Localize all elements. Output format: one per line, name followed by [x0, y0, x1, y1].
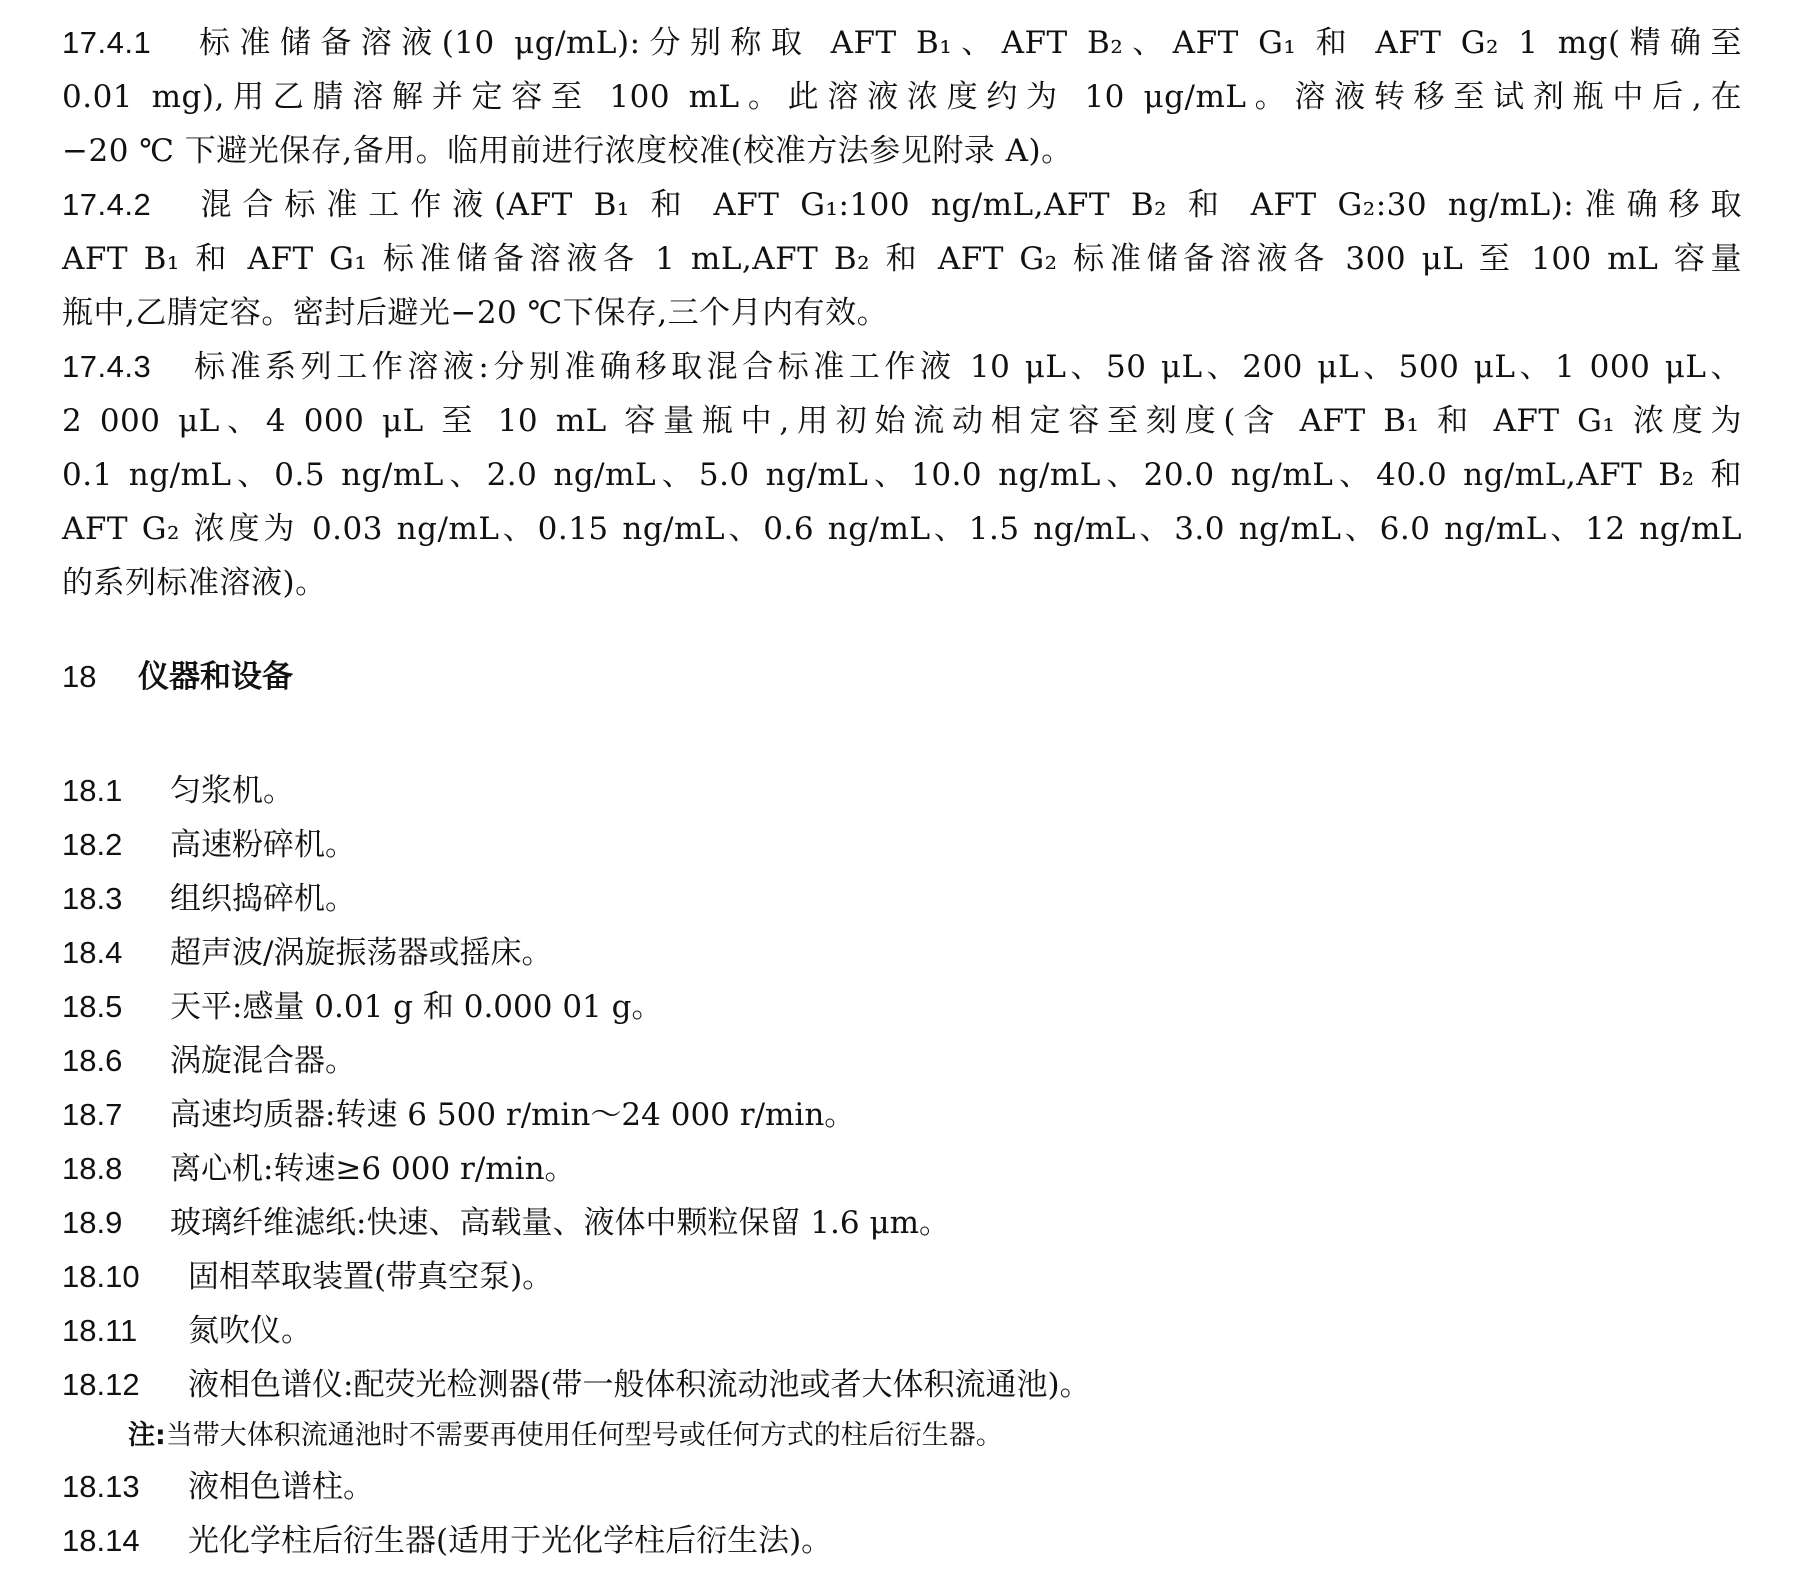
list-item: 18.3组织捣碎机。: [62, 872, 1742, 926]
item-text: 固相萃取装置(带真空泵)。: [188, 1259, 553, 1295]
item-number: 18.14: [62, 1514, 188, 1568]
clause-line: 2 000 μL、4 000 μL 至 10 mL 容量瓶中,用初始流动相定容至…: [62, 394, 1742, 448]
list-item: 18.12液相色谱仪:配荧光检测器(带一般体积流动池或者大体积流通池)。: [62, 1358, 1742, 1412]
item-text: 液相色谱仪:配荧光检测器(带一般体积流动池或者大体积流通池)。: [188, 1367, 1091, 1403]
item-text: 天平:感量 0.01 g 和 0.000 01 g。: [170, 989, 662, 1025]
item-number: 18.1: [62, 764, 170, 818]
clause-line: 17.4.1标准储备溶液(10 μg/mL):分别称取 AFT B₁、AFT B…: [62, 16, 1742, 70]
clause-line: 瓶中,乙腈定容。密封后避光−20 ℃下保存,三个月内有效。: [62, 286, 1742, 340]
item-text: 组织捣碎机。: [170, 881, 356, 917]
item-number: 18.2: [62, 818, 170, 872]
item-number: 18.7: [62, 1088, 170, 1142]
item-number: 18.4: [62, 926, 170, 980]
item-text: 涡旋混合器。: [170, 1043, 356, 1079]
list-item: 18.9玻璃纤维滤纸:快速、高载量、液体中颗粒保留 1.6 μm。: [62, 1196, 1742, 1250]
item-number: 18.12: [62, 1358, 188, 1412]
clause-line: AFT G₂ 浓度为 0.03 ng/mL、0.15 ng/mL、0.6 ng/…: [62, 502, 1742, 556]
item-text: 氮吹仪。: [188, 1313, 312, 1349]
item-number: 18.10: [62, 1250, 188, 1304]
item-text: 液相色谱柱。: [188, 1469, 374, 1505]
list-item: 18.8离心机:转速≥6 000 r/min。: [62, 1142, 1742, 1196]
list-item: 18.7高速均质器:转速 6 500 r/min～24 000 r/min。: [62, 1088, 1742, 1142]
note: 注:当带大体积流通池时不需要再使用任何型号或任何方式的柱后衍生器。: [62, 1412, 1742, 1460]
note-text: 当带大体积流通池时不需要再使用任何型号或任何方式的柱后衍生器。: [166, 1420, 1003, 1451]
clause-17-4-3: 17.4.3标准系列工作溶液:分别准确移取混合标准工作液 10 μL、50 μL…: [62, 340, 1742, 610]
list-item: 18.5天平:感量 0.01 g 和 0.000 01 g。: [62, 980, 1742, 1034]
clause-number: 17.4.3: [62, 340, 190, 394]
list-item: 18.2高速粉碎机。: [62, 818, 1742, 872]
list-item: 18.4超声波/涡旋振荡器或摇床。: [62, 926, 1742, 980]
clause-number: 17.4.2: [62, 178, 190, 232]
item-number: 18.3: [62, 872, 170, 926]
item-text: 离心机:转速≥6 000 r/min。: [170, 1151, 576, 1187]
item-text: 光化学柱后衍生器(适用于光化学柱后衍生法)。: [188, 1523, 832, 1559]
item-number: 18.11: [62, 1304, 188, 1358]
item-number: 18.6: [62, 1034, 170, 1088]
document-page: 17.4.1标准储备溶液(10 μg/mL):分别称取 AFT B₁、AFT B…: [62, 16, 1742, 1568]
clause-line: 0.1 ng/mL、0.5 ng/mL、2.0 ng/mL、5.0 ng/mL、…: [62, 448, 1742, 502]
clause-line: 的系列标准溶液)。: [62, 556, 1742, 610]
list-item: 18.6涡旋混合器。: [62, 1034, 1742, 1088]
item-text: 高速均质器:转速 6 500 r/min～24 000 r/min。: [170, 1097, 855, 1133]
item-text: 匀浆机。: [170, 773, 294, 809]
section-heading: 18仪器和设备: [62, 650, 1742, 704]
clause-line: 17.4.3标准系列工作溶液:分别准确移取混合标准工作液 10 μL、50 μL…: [62, 340, 1742, 394]
list-item: 18.13液相色谱柱。: [62, 1460, 1742, 1514]
item-number: 18.8: [62, 1142, 170, 1196]
clause-17-4-1: 17.4.1标准储备溶液(10 μg/mL):分别称取 AFT B₁、AFT B…: [62, 16, 1742, 178]
item-text: 高速粉碎机。: [170, 827, 356, 863]
item-number: 18.5: [62, 980, 170, 1034]
clause-line: AFT B₁ 和 AFT G₁ 标准储备溶液各 1 mL,AFT B₂ 和 AF…: [62, 232, 1742, 286]
clause-line: 0.01 mg),用乙腈溶解并定容至 100 mL。此溶液浓度约为 10 μg/…: [62, 70, 1742, 124]
item-text: 超声波/涡旋振荡器或摇床。: [170, 935, 552, 971]
clause-17-4-2: 17.4.2混合标准工作液(AFT B₁ 和 AFT G₁:100 ng/mL,…: [62, 178, 1742, 340]
clause-number: 17.4.1: [62, 16, 190, 70]
clause-line: 17.4.2混合标准工作液(AFT B₁ 和 AFT G₁:100 ng/mL,…: [62, 178, 1742, 232]
equipment-list: 18.1匀浆机。 18.2高速粉碎机。 18.3组织捣碎机。 18.4超声波/涡…: [62, 764, 1742, 1568]
list-item: 18.1匀浆机。: [62, 764, 1742, 818]
list-item: 18.14光化学柱后衍生器(适用于光化学柱后衍生法)。: [62, 1514, 1742, 1568]
list-item: 18.10固相萃取装置(带真空泵)。: [62, 1250, 1742, 1304]
item-text: 玻璃纤维滤纸:快速、高载量、液体中颗粒保留 1.6 μm。: [170, 1205, 950, 1241]
list-item: 18.11氮吹仪。: [62, 1304, 1742, 1358]
section-title: 仪器和设备: [138, 659, 293, 695]
section-number: 18: [62, 650, 138, 704]
clause-line: −20 ℃ 下避光保存,备用。临用前进行浓度校准(校准方法参见附录 A)。: [62, 124, 1742, 178]
item-number: 18.9: [62, 1196, 170, 1250]
item-number: 18.13: [62, 1460, 188, 1514]
note-label: 注:: [128, 1420, 166, 1451]
